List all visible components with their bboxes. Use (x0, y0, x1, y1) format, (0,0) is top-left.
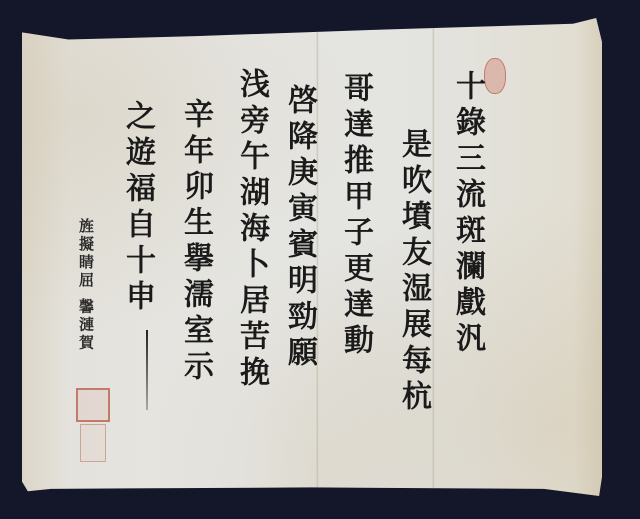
seal-bottom-left-2 (80, 424, 106, 462)
text-column-1: 十錄三流斑瀾戲汎 (452, 70, 482, 358)
text-column-5: 浅旁午湖海卜居苦挽 (236, 68, 266, 392)
seal-bottom-left-1 (76, 388, 110, 422)
text-column-7: 之遊福自十申 (122, 100, 152, 316)
text-column-4: 啓降庚寅賓明勁願 (284, 84, 314, 372)
text-column-3: 哥達推甲子更達動 (340, 72, 370, 360)
text-column-6: 辛年卯生擧濡室示 (180, 98, 210, 386)
brush-tail-stroke (146, 330, 148, 410)
signature: 旌擬睛屈 馨漣賀 (78, 218, 93, 352)
fold-line (432, 18, 435, 496)
seal-top-right (484, 58, 506, 94)
text-column-2: 是吹墳友湿展每杭 (398, 128, 428, 416)
